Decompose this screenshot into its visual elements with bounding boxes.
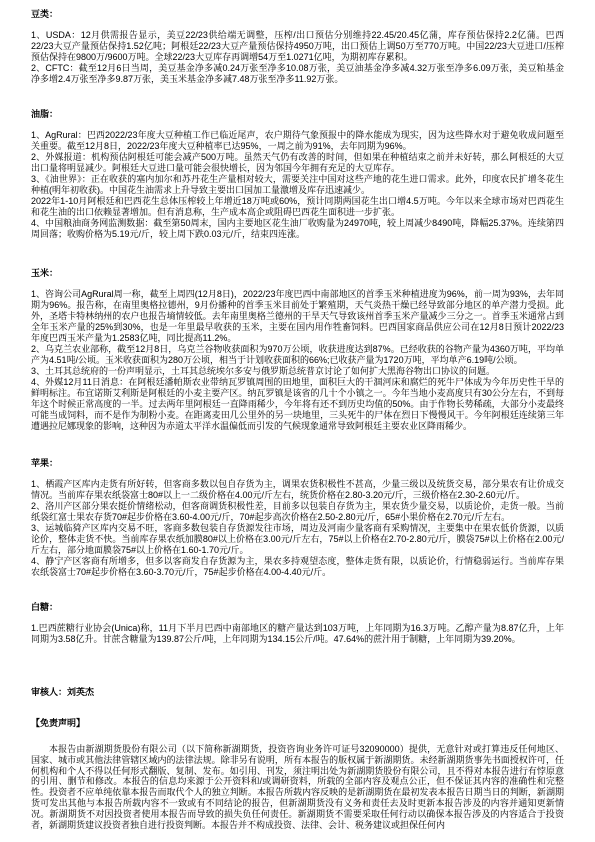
apple-item-4: 4、静宁产区客商有所增多，但多以客商发自存货源为主，果农多持观望态度，整体走货有… [31,556,564,578]
corn-item-1: 1、咨询公司AgRural周一称，截至上周四(12月8日)，2022/23年度巴… [31,289,564,344]
beans-item-1: 1、USDA：12月供需报告显示，美豆22/23供给端无调整，压榨/出口预估分别… [31,30,564,63]
section-apple: 苹果： 1、栖霞产区库内走货有所好转，但客商多数以包自存货为主，调果农货积极性不… [31,458,564,578]
reviewer-line: 审核人：刘英杰 [31,687,564,698]
section-heading-sugar: 白糖： [31,602,564,613]
section-heading-apple: 苹果： [31,458,564,469]
corn-item-4: 4、外媒12月11日消息：在阿根廷潘帕斯农业带纳瓦罗镇周围的田地里，面积巨大的干… [31,377,564,432]
oils-item-4: 4、中国粮油商务网监测数据：截至第50周末，国内主要地区花生油厂收购量为2497… [31,218,564,240]
section-corn: 玉米： 1、咨询公司AgRural周一称，截至上周四(12月8日)，2022/2… [31,268,564,432]
apple-item-2: 2、洛川产区部分果农挺价情绪松动，但客商调货积极性差，目前多以包装自存货为主，果… [31,501,564,523]
disclaimer-heading: 【免责声明】 [31,718,564,729]
oils-item-3-continued: 2022年1-10月阿根廷和巴西花生总体压榨较上年增近18万吨或60%，预计同期… [31,196,564,218]
corn-item-3: 3、土耳其总统府的一份声明显示，土耳其总统埃尔多安与俄罗斯总统普京讨论了如何扩大… [31,366,564,377]
apple-item-3: 3、运城临猗产区库内交易不旺，客商多数包装自存货源发往市场，周边及河南少量客商有… [31,523,564,556]
section-heading-corn: 玉米： [31,268,564,279]
oils-item-1: 1、AgRural：巴西2022/23年度大豆种植工作已临近尾声，农户期待气象预… [31,130,564,152]
beans-item-2: 2、CFTC：截至12月6日当周，美豆基金净多减0.24万张至净多10.08万张… [31,63,564,85]
apple-item-1: 1、栖霞产区库内走货有所好转，但客商多数以包自存货为主，调果农货积极性不甚高，少… [31,479,564,501]
section-heading-oils: 油脂： [31,109,564,120]
section-heading-beans: 豆类： [31,9,564,20]
section-oils: 油脂： 1、AgRural：巴西2022/23年度大豆种植工作已临近尾声，农户期… [31,109,564,240]
disclaimer-body: 本报告由新湖期货股份有限公司（以下简称新湖期货，投资咨询业务许可证号320900… [31,744,564,830]
sugar-item-1: 1.巴西蔗糖行业协会(Unica)称，11月下半月巴西中南部地区的糖产量达到10… [31,623,564,645]
oils-item-3: 3、《油世界》：正在收获的塞内加尔和苏丹花生产量相对较大，需要关注中国对这些产地… [31,174,564,196]
corn-item-2: 2、乌克兰农业部称，截至12月8日，乌克兰谷物收获面积为970万公顷，收获进度达… [31,344,564,366]
oils-item-2: 2、外媒报道：机构预估阿根廷可能会减产500万吨。虽然天气仍有改善的时间，但如果… [31,152,564,174]
section-sugar: 白糖： 1.巴西蔗糖行业协会(Unica)称，11月下半月巴西中南部地区的糖产量… [31,602,564,645]
report-page: 豆类： 1、USDA：12月供需报告显示，美豆22/23供给端无调整，压榨/出口… [0,0,595,842]
section-beans: 豆类： 1、USDA：12月供需报告显示，美豆22/23供给端无调整，压榨/出口… [31,9,564,85]
